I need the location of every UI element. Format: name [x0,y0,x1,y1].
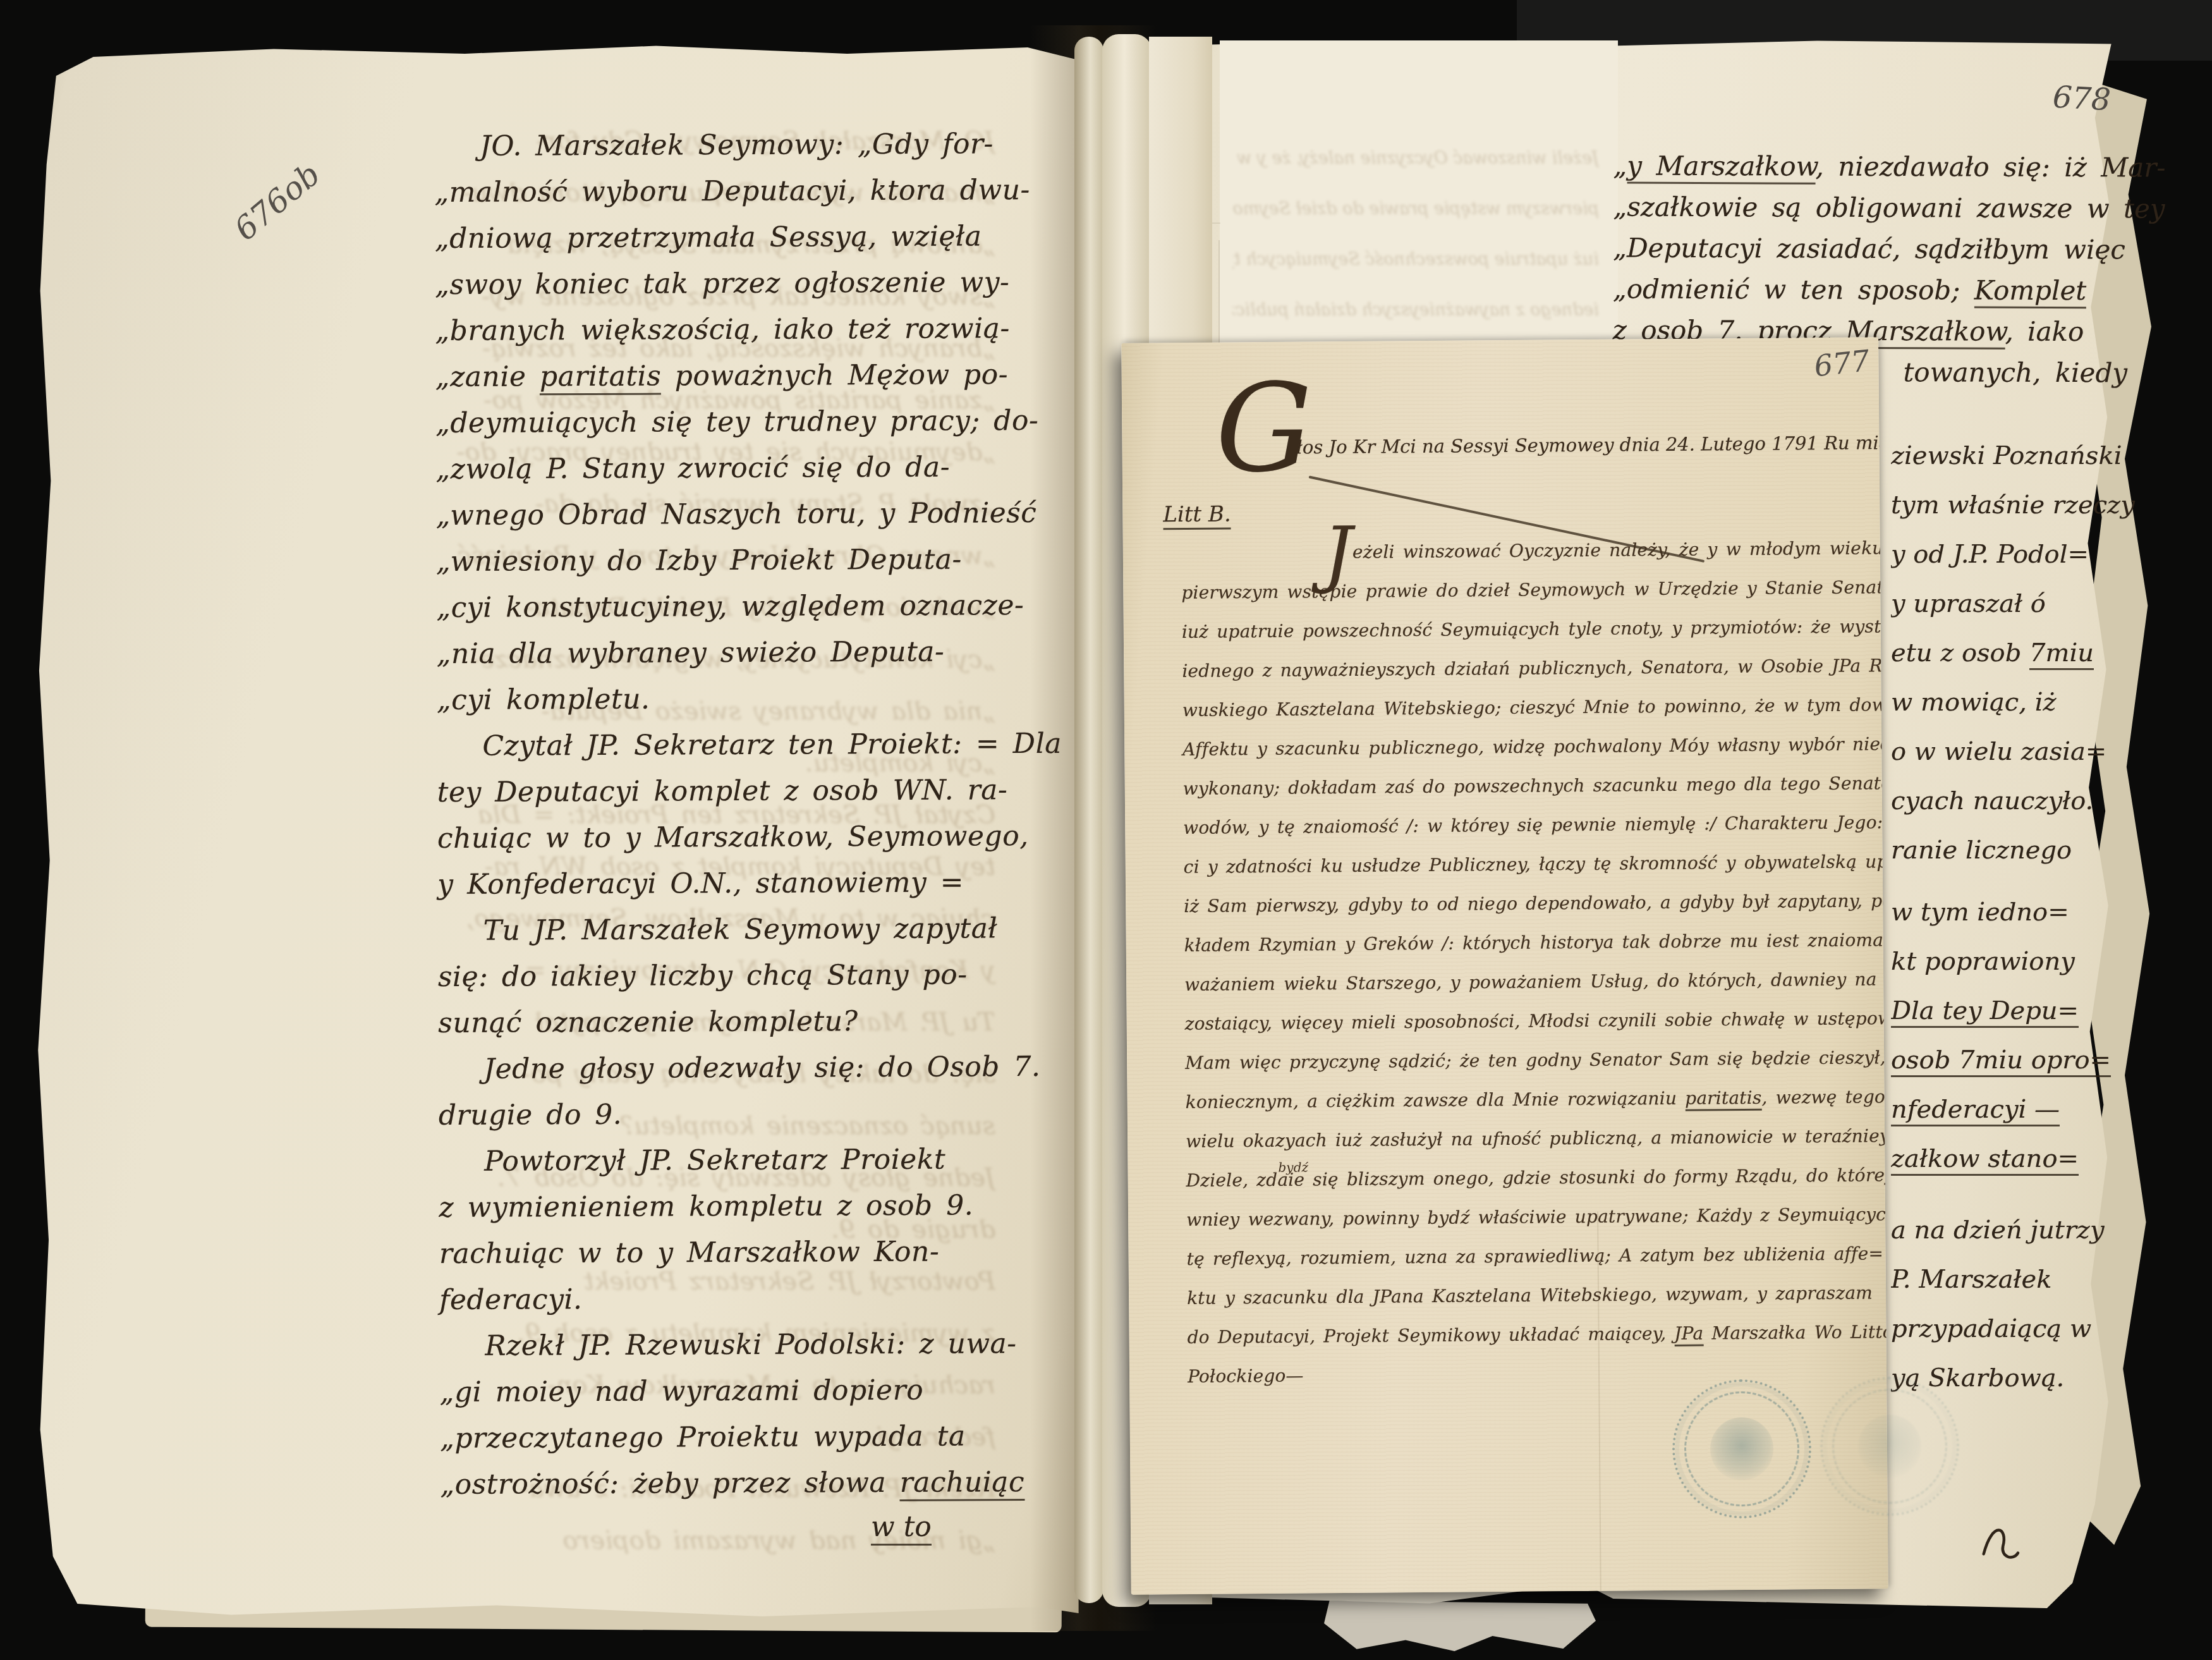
manuscript-line: JO. Marszałek Seymowy: „Gdy for- [480,128,994,162]
manuscript-line: się: do iakiey liczby chcą Stany po- [438,959,968,993]
text-run: „deymuiących się tey trudney pracy; do- [435,405,1038,439]
manuscript-line-fragment: Dla tey Depu= [1891,996,2079,1025]
text-run: wniey wezwany, powinny bydź właściwie up… [1186,1204,1888,1230]
speech-line: iuż upatruie powszechność Seymuiących ty… [1182,616,1888,642]
text-run: koniecznym, a ciężkim zawsze dla Mnie ro… [1186,1088,1686,1113]
text-run: towanych, kiedy [1903,357,2127,388]
text-run: „szałkowie są obligowani zawsze w tey [1613,192,2165,224]
marked-text: y Marszałkow [1627,150,1815,185]
text-run: Tu JP. Marszałek Seymowy zapytał [483,912,997,947]
manuscript-line: z wymienieniem kompletu z osob 9. [439,1190,973,1224]
manuscript-line: „swoy koniec tak przez ogłoszenie wy- [435,267,1010,302]
manuscript-line-fragment: o w wielu zasia= [1891,737,2106,766]
text-run: pierwszym wstępie prawie do dzieł Seymow… [1181,576,1888,603]
text-run: „przeczytanego Proiektu wypada ta [440,1420,966,1455]
text-run: a na dzień jutrzy [1891,1216,2105,1245]
flourished-initial-G: G [1215,368,1313,490]
marked-text: paritatis [1685,1087,1762,1111]
speech-heading: Głos Jo Kr Mci na Sessyi Seymowey dnia 2… [1296,432,1888,458]
manuscript-line: chuiąc w to y Marszałkow, Seymowego, [437,821,1029,855]
text-run: iednego z nayważnieyszych działań public… [1182,655,1888,681]
text-run: Marszałka Wo Litto [1703,1321,1888,1343]
manuscript-line-fragment: przypadaiącą w [1891,1314,2091,1343]
text-run: P. Marszałek [1891,1265,2052,1294]
catchword-text: w to [871,1511,932,1546]
manuscript-line-fragment: etu z osob 7miu [1891,638,2094,668]
gutter-page-curl [1074,37,1103,1603]
interlinear-insertion: bydź [1278,1159,1308,1175]
manuscript-line-fragment: kt poprawiony [1891,947,2075,976]
text-run: tey Deputacyi komplet z osob WN. ra- [437,774,1008,809]
ink-bleedthrough: Jeżeli winszować Oyczyznie należy, że y … [1232,149,1599,338]
text-run: ważaniem wieku Starszego, y poważaniem U… [1184,968,1888,995]
speech-line: kładem Rzymian y Greków /: których histo… [1184,929,1888,956]
speech-line: zostaiący, więcey mieli sposobności, Mło… [1185,1007,1888,1034]
manuscript-line: towanych, kiedy [1903,357,2127,389]
text-run: „gi moiey nad wyrazami dopiero [440,1374,924,1408]
catchword: w to [871,1511,932,1543]
manuscript-line-fragment: y upraszał ó [1891,589,2046,618]
text-run: eżeli winszować Oyczyznie należy, że y w… [1352,537,1888,563]
text-run: drugie do 9. [439,1099,623,1132]
text-run: y upraszał ó [1891,589,2046,618]
manuscript-line: „odmienić w ten sposob; Komplet [1613,274,2086,307]
marked-text: Komplet [1974,275,2087,309]
speech-line: wielu okazyach iuż zasłużył na ufność pu… [1186,1126,1888,1152]
manuscript-line: „branych większością, iako też rozwią- [435,313,1010,348]
text-run: „swoy koniec tak przez ogłoszenie wy- [435,266,1010,301]
archival-stamp-partial [1820,1377,1959,1516]
marked-text: JPa [1674,1323,1703,1346]
text-run: do Deputacyi, Projekt Seymikowy układać … [1187,1323,1674,1348]
speech-line: wykonany; dokładam zaś do powszechnych s… [1183,772,1888,799]
text-run: , iako [2005,316,2084,347]
manuscript-line: „cyi konstytucyiney, względem oznacze- [436,590,1024,625]
speech-line: Affektu y szacunku publicznego, widzę po… [1182,733,1888,760]
manuscript-line: sunąć oznaczenie kompletu? [438,1006,858,1039]
text-run: „zwolą P. Stany zwrocić się do da- [435,451,950,486]
manuscript-line: Czytał JP. Sekretarz ten Proiekt: = Dla [482,728,1062,763]
text-run: „malność wyboru Deputacyi, ktora dwu- [434,174,1030,209]
manuscript-line: iednego z nayważnieyszych działań public… [1232,300,1599,320]
text-run: w tym iedno= [1891,898,2069,927]
speech-line: iż Sam pierwszy, gdyby to od niego depen… [1184,890,1888,917]
text-run: ktu y szacunku dla JPana Kasztelana Wite… [1187,1282,1873,1309]
text-run: Powtorzył JP. Sekretarz Proiekt [484,1144,945,1178]
text-run: „nia dla wybraney swieżo Deputa- [437,636,945,671]
text-run: tym właśnie rzeczy [1891,491,2135,520]
speech-line: wodów, y tę znaiomość /: w którey się pe… [1183,812,1888,838]
torn-paper-fragment [1324,1601,1596,1651]
speech-line: wniey wezwany, powinny bydź właściwie up… [1186,1204,1888,1230]
manuscript-line: Jedne głosy odezwały się: do Osob 7. [483,1051,1040,1085]
text-run: się: do iakiey liczby chcą Stany po- [438,958,968,993]
text-run: kładem Rzymian y Greków /: których histo… [1184,929,1888,956]
speech-line: wuskiego Kasztelana Witebskiego; cieszyć… [1182,695,1888,721]
text-run: y od J.P. Podol= [1891,540,2089,569]
text-run: Mam więc przyczynę sądzić; że ten godny … [1185,1046,1888,1073]
flap-crease [1218,240,1220,348]
manuscript-line: „szałkowie są obligowani zawsze w tey [1613,192,2165,224]
manuscript-line: Jeżeli winszować Oyczyznie należy, że y … [1232,149,1599,168]
folio-number-pencil-right: 678 [2052,80,2112,118]
text-run: etu z osob [1891,638,2029,668]
manuscript-line: y Konfederacyi O.N., stanowiemy = [437,867,964,901]
left-page-text-block: JO. Marszałek Seymowy: „Gdy for-„malność… [434,128,1041,1559]
text-run: JO. Marszałek Seymowy: „Gdy for- [480,128,994,162]
text-run: Czytał JP. Sekretarz ten Proiekt: = Dla [482,728,1062,762]
manuscript-line-fragment: załkow stano= [1891,1144,2079,1173]
marked-text: rachuiąc [899,1466,1024,1501]
marked-text: Dla tey Depu= [1891,996,2079,1028]
speech-line: ci y zdatności ku usłudze Publiczney, łą… [1184,851,1888,877]
manuscript-line: „cyi kompletu. [437,684,650,717]
heading-text: łos Jo Kr Mci na Sessyi Seymowey dnia 24… [1296,432,1888,458]
manuscript-line: „deymuiących się tey trudney pracy; do- [435,405,1038,440]
text-run: ziewski Poznański [1891,441,2122,470]
text-run: „wnego Obrad Naszych toru, y Podnieść [436,497,1037,532]
text-run: wykonany; dokładam zaś do powszechnych s… [1183,772,1888,799]
text-run: y Konfederacyi O.N., stanowiemy = [437,866,964,901]
marked-text: paritatis [540,360,662,396]
text-run: rachuiąc w to y Marszałkow Kon- [439,1236,940,1270]
text-run: wielu okazyach iuż zasłużył na ufność pu… [1186,1125,1888,1152]
marked-text: załkow stano= [1891,1144,2079,1176]
speech-body: Jeżeli winszować Oyczyznie należy, że y … [1181,538,1883,1429]
manuscript-line-fragment: ziewski Poznański [1891,441,2122,470]
marked-text: osob 7miu opro= [1891,1046,2111,1077]
speech-line: Mam więc przyczynę sądzić; że ten godny … [1185,1047,1888,1073]
manuscript-line: „zwolą P. Stany zwrocić się do da- [435,452,950,486]
inserted-speech-sheet: 677 Głos Jo Kr Mci na Sessyi Seymowey dn… [1121,337,1888,1594]
manuscript-line-fragment: a na dzień jutrzy [1891,1216,2105,1245]
manuscript-line: „nia dla wybraney swieżo Deputa- [437,637,945,671]
ink-flourish-mark [1973,1509,2031,1572]
manuscript-line: „wnego Obrad Naszych toru, y Podnieść [436,497,1037,532]
text-run: iednego z nayważnieyszych działań public… [1232,300,1599,320]
text-run: „dniową przetrzymała Sessyą, wzięła [435,220,982,255]
text-run: „ [1613,150,1627,181]
manuscript-line-fragment: P. Marszałek [1891,1265,2052,1294]
manuscript-line: pierwszym wstępie prawie do dzieł Seymow… [1232,199,1599,219]
manuscript-line-fragment: w mowiąc, iż [1891,688,2057,717]
marked-text: nfederacyi — [1891,1095,2060,1126]
manuscript-line: „wniesiony do Izby Proiekt Deputa- [436,544,962,578]
manuscript-line: iuż upatruie powszechność Seymuiących ty… [1232,250,1599,269]
text-run: ranie licznego [1891,836,2072,865]
text-run: „zanie [435,360,540,393]
text-run: Affektu y szacunku publicznego, widzę po… [1182,733,1888,760]
text-run: wuskiego Kasztelana Witebskiego; cieszyć… [1182,694,1888,721]
text-run: Jeżeli winszować Oyczyznie należy, że y … [1232,149,1599,168]
litt-b-text: Litt B. [1163,501,1231,530]
text-run: cyach nauczyło. [1891,786,2093,815]
manuscript-line-fragment: w tym iedno= [1891,898,2069,927]
text-run: iuż upatruie powszechność Seymuiących ty… [1182,615,1888,642]
manuscript-line-fragment: osob 7miu opro= [1891,1046,2111,1075]
marked-text: 7miu [2029,638,2094,670]
manuscript-line: Rzekł JP. Rzewuski Podolski: z uwa- [485,1328,1016,1362]
text-run: przypadaiącą w [1891,1314,2091,1343]
litt-b-label: Litt B. [1163,501,1231,527]
text-run: poważnych Mężow po- [661,358,1008,392]
speech-line: do Deputacyi, Projekt Seymikowy układać … [1187,1322,1888,1348]
speech-line: ktu y szacunku dla JPana Kasztelana Wite… [1187,1283,1873,1309]
photographed-manuscript-spread: JO. Marszałek Seymowy: „Gdy for-„malność… [0,0,2212,1660]
text-run: , niezdawało się: iż Mar- [1816,151,2166,183]
manuscript-line: „ostrożność: żeby przez słowa rachuiąc [440,1467,1024,1501]
speech-line: Połockiego— [1188,1366,1304,1388]
text-run: federacyi. [439,1283,583,1316]
text-run: Rzekł JP. Rzewuski Podolski: z uwa- [485,1327,1016,1362]
speech-line: koniecznym, a ciężkim zawsze dla Mnie ro… [1186,1086,1888,1113]
text-run: w mowiąc, iż [1891,688,2057,717]
manuscript-line: „Deputacyi zasiadać, sądziłbym więc [1613,233,2125,265]
text-run: „cyi konstytucyiney, względem oznacze- [436,589,1024,624]
speech-line: tę reflexyą, rozumiem, uzna za sprawiedl… [1187,1243,1884,1269]
manuscript-line-fragment: nfederacyi — [1891,1095,2060,1124]
manuscript-line-fragment: ranie licznego [1891,836,2072,865]
speech-line: iednego z nayważnieyszych działań public… [1182,656,1888,681]
text-run: „odmienić w ten sposob; [1613,274,1974,306]
text-run: o w wielu zasia= [1891,737,2106,766]
speech-line: Jeżeli winszować Oyczyznie należy, że y … [1323,538,1888,563]
text-run: pierwszym wstępie prawie do dzieł Seymow… [1232,199,1599,219]
text-run: sunąć oznaczenie kompletu? [438,1005,858,1039]
manuscript-line-fragment: tym właśnie rzeczy [1891,491,2135,520]
speech-line: pierwszym wstępie prawie do dzieł Seymow… [1181,577,1888,603]
manuscript-line: rachuiąc w to y Marszałkow Kon- [439,1236,940,1271]
text-run: ci y zdatności ku usłudze Publiczney, łą… [1184,850,1888,877]
manuscript-line-fragment: y od J.P. Podol= [1891,540,2089,569]
text-run: „wniesiony do Izby Proiekt Deputa- [436,543,962,578]
text-run: zostaiący, więcey mieli sposobności, Mło… [1185,1006,1888,1034]
text-run: , wezwę tego, który w [1761,1085,1888,1108]
manuscript-line: „przeczytanego Proiektu wypada ta [440,1420,966,1455]
text-run: tę reflexyą, rozumiem, uzna za sprawiedl… [1186,1243,1883,1269]
folio-number-pencil-insert: 677 [1813,343,1871,384]
text-run: Połockiego— [1188,1365,1304,1387]
manuscript-line: tey Deputacyi komplet z osob WN. ra- [437,774,1008,809]
text-run: „ostrożność: żeby przez słowa [440,1467,899,1501]
text-run: z wymienieniem kompletu z osob 9. [439,1189,973,1224]
text-run: kt poprawiony [1891,947,2075,976]
manuscript-line: „zanie paritatis poważnych Mężow po- [435,359,1008,394]
manuscript-line: „y Marszałkow, niezdawało się: iż Mar- [1613,151,2166,183]
manuscript-line: „gi moiey nad wyrazami dopiero [440,1375,924,1409]
manuscript-line: Tu JP. Marszałek Seymowy zapytał [483,913,997,947]
text-run: Jedne głosy odezwały się: do Osob 7. [483,1051,1040,1085]
manuscript-line: federacyi. [439,1284,583,1317]
manuscript-line: „malność wyboru Deputacyi, ktora dwu- [434,174,1030,209]
manuscript-line-fragment: cyach nauczyło. [1891,786,2093,815]
text-run: chuiąc w to y Marszałkow, Seymowego, [437,820,1029,855]
archival-stamp [1672,1379,1812,1519]
manuscript-line: „dniową przetrzymała Sessyą, wzięła [435,221,982,255]
text-run: „Deputacyi zasiadać, sądziłbym więc [1613,233,2125,265]
speech-line: ważaniem wieku Starszego, y poważaniem U… [1184,968,1888,995]
manuscript-line: Powtorzył JP. Sekretarz Proiekt [484,1144,945,1178]
text-run: wodów, y tę znaiomość /: w którey się pe… [1183,811,1888,838]
text-run: iż Sam pierwszy, gdyby to od niego depen… [1184,889,1888,917]
text-run: iuż upatruie powszechność Seymuiących ty… [1232,250,1599,269]
text-run: „branych większością, iako też rozwią- [435,312,1010,347]
text-run: „cyi kompletu. [437,683,650,716]
manuscript-line: drugie do 9. [439,1099,623,1132]
